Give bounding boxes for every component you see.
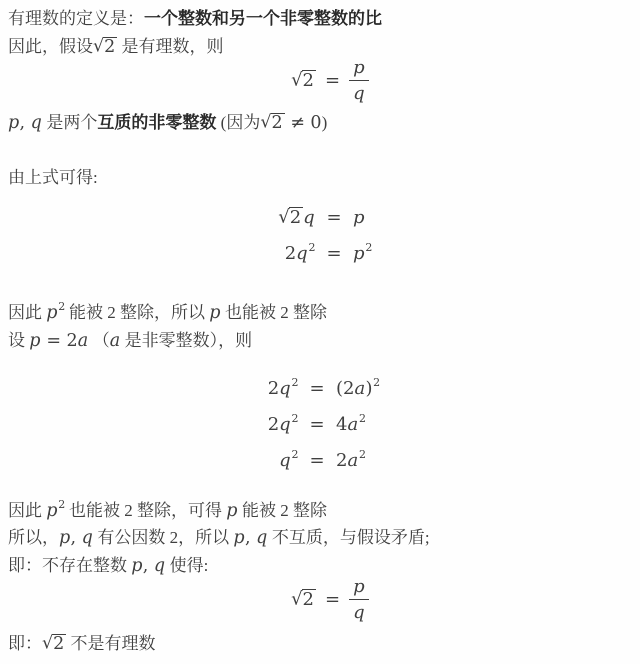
equals-sign: = xyxy=(315,243,353,264)
line-assumption: 因此，假设√2 是有理数，则 xyxy=(8,35,224,59)
line-let-p-equals-2a: 设 p = 2a （a 是非零整数），则 xyxy=(8,329,252,353)
equation-block-2: 2q2 = (2a)2 2q2 = 4a2 q2 = 2a2 xyxy=(0,378,637,486)
fraction-p-over-q: p q xyxy=(349,57,369,104)
bold-run: 一个整数和另一个非零整数的比 xyxy=(144,9,382,28)
text-run: 所以， xyxy=(8,528,59,547)
math-run-pq: p, q xyxy=(8,113,42,133)
text-run: 有公因数 2，所以 xyxy=(93,528,233,547)
text-run: 也能被 2 整除，可得 xyxy=(65,501,227,520)
text-run: ) xyxy=(322,113,328,132)
text-run: 即： xyxy=(8,634,42,653)
text-run: 能被 2 整除 xyxy=(238,501,327,520)
equals-sign: = xyxy=(315,207,353,228)
text-run: 能被 2 整除，所以 xyxy=(65,303,210,322)
equation-lhs: √2q xyxy=(243,207,315,228)
equation-row-2q2-eq-4a2: 2q2 = 4a2 xyxy=(226,414,408,450)
math-run-pq: p, q xyxy=(131,556,165,576)
line-coprime-condition: p, q 是两个互质的非零整数 (因为√2 ≠ 0) xyxy=(8,111,327,135)
line-no-integers-exist: 即：不存在整数 p, q 使得: xyxy=(8,554,208,578)
equation-lhs: 2q2 xyxy=(243,243,315,264)
fraction-numerator: p xyxy=(349,576,369,600)
math-run-sqrt2: √2 xyxy=(93,37,117,57)
text-run: 由上式可得: xyxy=(8,168,98,187)
equals-sign: = xyxy=(298,414,336,435)
line-common-factor-contradiction: 所以，p, q 有公因数 2，所以 p, q 不互质，与假设矛盾; xyxy=(8,526,430,550)
equation-rhs: 2a2 xyxy=(336,450,408,471)
text-run: （ xyxy=(88,331,109,350)
equals-sign: = xyxy=(325,70,340,91)
formula-sqrt2-equals-p-over-q-2: √2 = p q xyxy=(10,576,640,623)
line-rational-definition: 有理数的定义是：一个整数和另一个非零整数的比 xyxy=(8,7,382,31)
line-p-squared-divisible: 因此 p2 能被 2 整除，所以 p 也能被 2 整除 xyxy=(8,301,327,325)
text-run: 有理数的定义是： xyxy=(8,9,144,28)
text-run: 也能被 2 整除 xyxy=(221,303,327,322)
math-run-pq: p, q xyxy=(59,528,93,548)
equation-row-q2-eq-2a2: q2 = 2a2 xyxy=(226,450,408,486)
equals-sign: = xyxy=(298,450,336,471)
text-run: 是非零整数），则 xyxy=(120,331,252,350)
math-run-p2: p2 xyxy=(46,501,65,521)
equation-lhs: 2q2 xyxy=(226,378,298,399)
math-run-p: p xyxy=(226,501,238,521)
formula-sqrt2-equals-p-over-q-1: √2 = p q xyxy=(10,57,640,104)
text-run: 因此 xyxy=(8,303,46,322)
text-run: 是有理数，则 xyxy=(117,37,223,56)
line-also-divisible: 因此 p2 也能被 2 整除，可得 p 能被 2 整除 xyxy=(8,499,327,523)
bold-run: 互质的非零整数 xyxy=(97,113,216,132)
math-run-pq: p, q xyxy=(233,528,267,548)
text-run: 是两个 xyxy=(42,113,97,132)
fraction-numerator: p xyxy=(349,57,369,81)
text-run: 不互质，与假设矛盾; xyxy=(268,528,430,547)
math-run-p2: p2 xyxy=(46,303,65,323)
equation-rhs: (2a)2 xyxy=(336,378,408,399)
text-run: 即：不存在整数 xyxy=(8,556,131,575)
equation-lhs: 2q2 xyxy=(226,414,298,435)
math-run-sqrt2: √2 xyxy=(291,589,316,610)
math-run-sqrt2: √2 xyxy=(291,70,316,91)
equation-rhs: p2 xyxy=(353,243,425,264)
equation-row-sqrt2q-eq-p: √2q = p xyxy=(243,207,425,243)
equation-lhs: q2 xyxy=(226,450,298,471)
math-run-sqrt2-neq-0: √2 ≠ 0 xyxy=(260,113,321,133)
text-run: 因此，假设 xyxy=(8,37,93,56)
equation-row-2q2-eq-2a-squared: 2q2 = (2a)2 xyxy=(226,378,408,414)
equals-sign: = xyxy=(298,378,336,399)
fraction-denominator: q xyxy=(349,81,369,104)
equation-rhs: 4a2 xyxy=(336,414,408,435)
fraction-p-over-q: p q xyxy=(349,576,369,623)
equation-block-1: √2q = p 2q2 = p2 xyxy=(14,207,640,279)
text-run: (因为 xyxy=(216,113,260,132)
text-run: 设 xyxy=(8,331,29,350)
document-page: 有理数的定义是：一个整数和另一个非零整数的比 因此，假设√2 是有理数，则 √2… xyxy=(0,0,640,664)
fraction-denominator: q xyxy=(349,600,369,623)
equation-rhs: p xyxy=(353,207,425,228)
math-run-a: a xyxy=(110,331,121,351)
text-run: 使得: xyxy=(165,556,208,575)
math-run-p: p xyxy=(209,303,221,323)
math-run-p-eq-2a: p = 2a xyxy=(29,331,88,351)
equation-row-2q2-eq-p2: 2q2 = p2 xyxy=(243,243,425,279)
equals-sign: = xyxy=(325,589,340,610)
text-run: 不是有理数 xyxy=(66,634,155,653)
text-run: 因此 xyxy=(8,501,46,520)
line-from-above: 由上式可得: xyxy=(8,166,98,190)
line-final-conclusion: 即：√2 不是有理数 xyxy=(8,632,156,656)
math-run-sqrt2: √2 xyxy=(42,634,66,654)
